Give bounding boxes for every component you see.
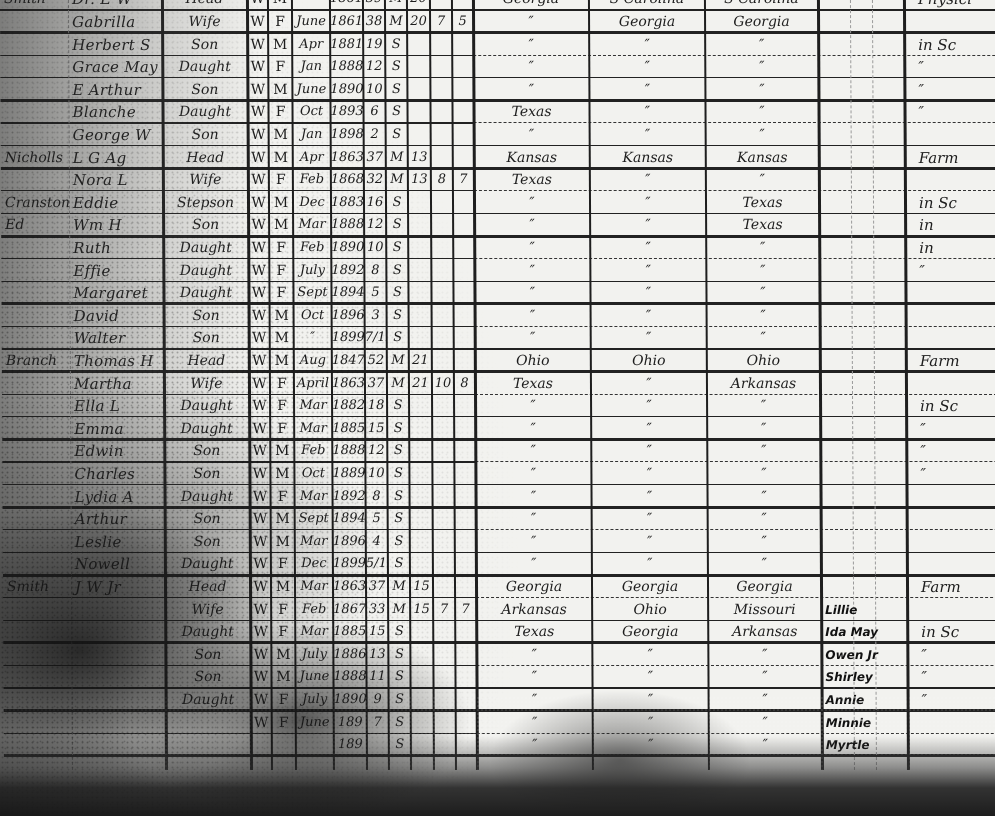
cell-month: Sept <box>293 282 331 304</box>
cell-mother-birthplace: ″ <box>706 260 819 282</box>
cell-color: W <box>250 666 271 688</box>
cell-years-married <box>410 531 433 553</box>
cell-year: 1892 <box>332 486 365 508</box>
cell-birthplace: Texas <box>476 621 592 643</box>
cell-name: Emma <box>70 418 164 440</box>
cell-relation: Son <box>162 34 247 56</box>
cell-mother-birthplace: Georgia <box>708 576 821 598</box>
cell-month: Mar <box>293 214 331 236</box>
cell-mother-birthplace: ″ <box>708 553 821 575</box>
cell-occupation: in Sc <box>904 34 995 56</box>
cell-year: 1898 <box>331 124 364 146</box>
cell-father-birthplace: Georgia <box>592 621 708 643</box>
cell-father-birthplace: ″ <box>593 712 709 734</box>
cell-month: June <box>296 712 334 734</box>
cell-children-born <box>430 56 452 78</box>
cell-annotation <box>820 418 906 440</box>
cell-birthplace: ″ <box>476 553 592 575</box>
cell-occupation <box>905 124 995 146</box>
cell-color: W <box>249 440 270 462</box>
cell-marital: S <box>385 56 407 78</box>
cell-month: Feb <box>293 169 331 191</box>
cell-color: W <box>248 282 269 304</box>
cell-sex: F <box>269 237 293 259</box>
cell-name: Ruth <box>69 237 163 259</box>
cell-relation: Son <box>165 531 250 553</box>
cell-color: W <box>250 576 271 598</box>
cell-marital: S <box>388 666 410 688</box>
cell-occupation: Physici <box>904 0 995 10</box>
cell-margin <box>0 34 68 56</box>
cell-mother-birthplace: ″ <box>707 327 820 349</box>
cell-sex: F <box>271 599 295 621</box>
cell-birthplace: Georgia <box>473 0 589 10</box>
cell-years-married <box>410 666 433 688</box>
cell-children-born <box>433 644 455 666</box>
cell-children-born: 7 <box>433 599 455 621</box>
cell-occupation: in Sc <box>906 395 995 417</box>
cell-relation: Daught <box>162 101 247 123</box>
cell-margin <box>2 486 70 508</box>
cell-children-living <box>455 531 476 553</box>
cell-mother-birthplace: ″ <box>708 666 821 688</box>
cell-occupation: in Sc <box>907 621 995 643</box>
cell-mother-birthplace: ″ <box>707 463 820 485</box>
cell-relation: Son <box>163 214 248 236</box>
cell-month: Apr <box>292 34 330 56</box>
cell-name: Wm H <box>69 214 163 236</box>
cell-relation: Son <box>164 305 249 327</box>
cell-occupation <box>905 282 995 304</box>
cell-annotation <box>820 440 906 462</box>
cell-relation: Daught <box>164 418 249 440</box>
cell-marital: S <box>387 440 409 462</box>
cell-name: Effie <box>69 260 163 282</box>
cell-name: Herbert S <box>68 34 162 56</box>
cell-year: 1890 <box>334 689 367 711</box>
cell-children-living <box>452 101 473 123</box>
cell-father-birthplace: Georgia <box>589 11 705 33</box>
cell-children-born <box>433 621 455 643</box>
cell-children-born <box>434 689 456 711</box>
cell-sex: F <box>271 553 295 575</box>
cell-marital: S <box>387 395 409 417</box>
cell-annotation <box>819 124 905 146</box>
cell-years-married: 15 <box>410 599 433 621</box>
cell-years-married <box>409 418 432 440</box>
cell-marital: M <box>387 350 409 372</box>
cell-margin <box>2 305 70 327</box>
cell-color: W <box>250 553 271 575</box>
cell-sex: M <box>269 214 293 236</box>
cell-sex: F <box>271 621 295 643</box>
cell-age: 11 <box>366 666 388 688</box>
cell-marital: S <box>387 418 409 440</box>
cell-age: 32 <box>364 169 386 191</box>
cell-year: 1896 <box>333 531 366 553</box>
cell-birthplace: ″ <box>474 282 590 304</box>
cell-month: Apr <box>293 147 331 169</box>
cell-birthplace: Texas <box>474 169 590 191</box>
cell-occupation: ″ <box>906 418 995 440</box>
cell-name: Nora L <box>69 169 163 191</box>
cell-children-born <box>430 79 452 101</box>
cell-marital: S <box>388 553 410 575</box>
cell-age: 8 <box>365 486 387 508</box>
cell-children-living <box>455 644 476 666</box>
cell-sex: F <box>269 260 293 282</box>
cell-age: 12 <box>365 440 387 462</box>
cell-years-married <box>410 553 433 575</box>
cell-years-married <box>409 305 432 327</box>
cell-years-married <box>410 621 433 643</box>
cell-color: W <box>250 644 271 666</box>
cell-month: Oct <box>294 305 332 327</box>
cell-color: W <box>247 11 268 33</box>
cell-annotation: Minnie <box>822 712 908 734</box>
cell-relation: Wife <box>164 373 249 395</box>
cell-children-born <box>432 327 454 349</box>
cell-sex: F <box>268 101 292 123</box>
cell-sex: F <box>270 373 294 395</box>
cell-occupation: ″ <box>904 101 995 123</box>
cell-month: Dec <box>293 192 331 214</box>
cell-annotation <box>819 169 905 191</box>
cell-annotation <box>818 79 904 101</box>
cell-margin <box>3 508 71 530</box>
cell-children-born: 7 <box>430 11 452 33</box>
cell-children-living <box>453 282 474 304</box>
cell-sex: M <box>270 350 294 372</box>
cell-occupation: ″ <box>906 463 995 485</box>
cell-occupation <box>905 169 995 191</box>
cell-father-birthplace: ″ <box>591 463 707 485</box>
cell-month: Mar <box>294 418 332 440</box>
cell-margin: Ed <box>1 214 69 236</box>
cell-mother-birthplace: ″ <box>707 486 820 508</box>
cell-age: 5 <box>364 282 386 304</box>
cell-children-born <box>432 418 454 440</box>
cell-age: 37 <box>364 147 386 169</box>
cell-sex: F <box>270 418 294 440</box>
cell-birthplace: ″ <box>475 305 591 327</box>
cell-relation: Wife <box>165 599 250 621</box>
cell-annotation <box>818 56 904 78</box>
cell-relation: Head <box>162 0 247 10</box>
cell-annotation <box>820 463 906 485</box>
cell-color: W <box>248 124 269 146</box>
cell-children-born <box>433 531 455 553</box>
cell-marital: S <box>388 621 410 643</box>
cell-birthplace: ″ <box>474 214 590 236</box>
cell-children-living <box>456 689 477 711</box>
cell-years-married: 13 <box>408 169 431 191</box>
cell-children-born <box>431 282 453 304</box>
cell-relation: Wife <box>162 11 247 33</box>
cell-age: 9 <box>367 689 389 711</box>
cell-years-married: 21 <box>409 373 432 395</box>
cell-name <box>72 689 166 711</box>
cell-name: Gabrilla <box>68 11 162 33</box>
cell-mother-birthplace: Ohio <box>707 350 820 372</box>
cell-years-married <box>407 79 430 101</box>
cell-years-married <box>407 34 430 56</box>
cell-occupation <box>908 712 995 734</box>
cell-month: Jan <box>293 124 331 146</box>
cell-name: Arthur <box>71 508 165 530</box>
cell-children-born <box>432 463 454 485</box>
cell-relation: Son <box>165 644 250 666</box>
cell-occupation <box>907 531 995 553</box>
cell-children-born <box>432 350 454 372</box>
cell-occupation: Farm <box>905 147 995 169</box>
cell-relation: Daught <box>166 689 251 711</box>
cell-father-birthplace: ″ <box>592 531 708 553</box>
cell-sex: M <box>269 192 293 214</box>
cell-occupation <box>906 373 995 395</box>
cell-year: 1847 <box>332 350 365 372</box>
cell-mother-birthplace: Missouri <box>708 599 821 621</box>
cell-father-birthplace: S Carolina <box>589 0 705 10</box>
cell-occupation <box>904 11 995 33</box>
cell-annotation: Ida May <box>821 621 907 643</box>
cell-age: 7 <box>367 712 389 734</box>
cell-age: 33 <box>366 599 388 621</box>
cell-occupation: ″ <box>907 666 995 688</box>
cell-years-married <box>408 192 431 214</box>
cell-occupation <box>906 305 995 327</box>
cell-occupation: ″ <box>905 260 995 282</box>
cell-year: 1888 <box>332 440 365 462</box>
cell-margin <box>3 531 71 553</box>
cell-age: 5 <box>366 508 388 530</box>
cell-margin: Branch <box>2 350 70 372</box>
cell-marital: S <box>385 79 407 101</box>
cell-margin <box>3 621 71 643</box>
cell-father-birthplace: ″ <box>589 101 705 123</box>
cell-birthplace: ″ <box>477 689 593 711</box>
cell-mother-birthplace: ″ <box>707 418 820 440</box>
cell-mother-birthplace: ″ <box>707 305 820 327</box>
cell-age: 2 <box>364 124 386 146</box>
cell-children-born <box>432 395 454 417</box>
cell-father-birthplace: ″ <box>591 418 707 440</box>
cell-children-born <box>431 192 453 214</box>
cell-children-living <box>454 327 475 349</box>
cell-marital: S <box>388 531 410 553</box>
cell-years-married: 13 <box>408 147 431 169</box>
cell-children-living <box>452 56 473 78</box>
cell-mother-birthplace: ″ <box>708 531 821 553</box>
cell-margin <box>3 553 71 575</box>
cell-age: 37 <box>365 373 387 395</box>
cell-name: Edwin <box>70 440 164 462</box>
cell-year: 1861 <box>330 0 363 10</box>
cell-name: Dr. E W <box>68 0 162 10</box>
cell-year: 1868 <box>331 169 364 191</box>
cell-month: Feb <box>293 237 331 259</box>
cell-age: 6 <box>363 101 385 123</box>
cell-relation: Son <box>165 508 250 530</box>
cell-name: E Arthur <box>68 79 162 101</box>
cell-annotation <box>819 192 905 214</box>
cell-relation: Stepson <box>163 192 248 214</box>
cell-month: July <box>296 689 334 711</box>
cell-age: 10 <box>363 79 385 101</box>
cell-birthplace: Ohio <box>475 350 591 372</box>
cell-age: 52 <box>365 350 387 372</box>
cell-month: Feb <box>294 440 332 462</box>
cell-children-living <box>453 260 474 282</box>
cell-children-living <box>454 463 475 485</box>
cell-years-married <box>410 644 433 666</box>
cell-year: 1889 <box>332 463 365 485</box>
cell-children-living <box>453 147 474 169</box>
census-page: SmithDr. E WHeadWM186139M20GeorgiaS Caro… <box>0 0 995 816</box>
cell-children-living <box>455 666 476 688</box>
cell-birthplace: ″ <box>475 327 591 349</box>
cell-year: 1888 <box>333 666 366 688</box>
cell-month: Oct <box>292 101 330 123</box>
cell-father-birthplace: ″ <box>592 508 708 530</box>
cell-children-living <box>453 124 474 146</box>
cell-birthplace: Kansas <box>474 147 590 169</box>
cell-age <box>367 734 389 756</box>
cell-father-birthplace: Ohio <box>592 599 708 621</box>
cell-age: 37 <box>366 576 388 598</box>
cell-marital: S <box>386 237 408 259</box>
cell-relation <box>166 734 251 756</box>
cell-year: 1883 <box>331 192 364 214</box>
cell-marital: M <box>385 11 407 33</box>
cell-mother-birthplace: ″ <box>708 508 821 530</box>
cell-annotation <box>819 237 905 259</box>
cell-years-married <box>408 237 431 259</box>
cell-father-birthplace: Georgia <box>592 576 708 598</box>
cell-annotation <box>818 11 904 33</box>
cell-year: 189 <box>334 712 367 734</box>
cell-years-married <box>409 327 432 349</box>
cell-age: 39 <box>363 0 385 10</box>
cell-birthplace: ″ <box>473 79 589 101</box>
cell-month: Mar <box>295 531 333 553</box>
cell-mother-birthplace: ″ <box>706 124 819 146</box>
cell-children-born <box>433 576 455 598</box>
cell-mother-birthplace: Texas <box>706 214 819 236</box>
cell-marital: S <box>388 508 410 530</box>
cell-birthplace: Texas <box>475 373 591 395</box>
cell-year: 1863 <box>331 147 364 169</box>
cell-color: W <box>249 327 270 349</box>
cell-marital: S <box>388 644 410 666</box>
cell-margin <box>2 395 70 417</box>
cell-father-birthplace: ″ <box>589 79 705 101</box>
cell-margin <box>1 260 69 282</box>
cell-occupation <box>906 327 995 349</box>
cell-children-born <box>431 147 453 169</box>
cell-name: Blanche <box>68 101 162 123</box>
cell-relation: Daught <box>164 395 249 417</box>
cell-color: W <box>249 305 270 327</box>
cell-years-married <box>409 486 432 508</box>
cell-color: W <box>250 508 271 530</box>
cell-relation: Daught <box>165 621 250 643</box>
cell-years-married <box>408 260 431 282</box>
cell-father-birthplace: Kansas <box>590 147 706 169</box>
cell-children-living <box>454 350 475 372</box>
cell-children-living <box>452 34 473 56</box>
cell-year: 1885 <box>333 621 366 643</box>
cell-color: W <box>251 689 272 711</box>
cell-marital: S <box>386 124 408 146</box>
cell-month: Sept <box>295 508 333 530</box>
cell-month: July <box>295 644 333 666</box>
cell-year: 1863 <box>333 576 366 598</box>
cell-birthplace: ″ <box>473 11 589 33</box>
cell-sex: F <box>269 282 293 304</box>
cell-annotation <box>821 576 907 598</box>
cell-year: 1894 <box>333 508 366 530</box>
cell-children-born <box>431 214 453 236</box>
cell-annotation <box>821 553 907 575</box>
cell-name: Walter <box>70 327 164 349</box>
cell-birthplace: ″ <box>477 712 593 734</box>
cell-father-birthplace: ″ <box>592 666 708 688</box>
cell-father-birthplace: ″ <box>590 124 706 146</box>
cell-father-birthplace: ″ <box>591 373 707 395</box>
cell-sex: M <box>270 440 294 462</box>
cell-years-married <box>411 712 434 734</box>
cell-relation: Son <box>162 79 247 101</box>
cell-father-birthplace: ″ <box>591 305 707 327</box>
cell-relation: Son <box>164 327 249 349</box>
cell-month: Dec <box>295 553 333 575</box>
cell-age: 5/12 <box>366 553 388 575</box>
cell-color: W <box>247 34 268 56</box>
cell-color: W <box>251 712 272 734</box>
cell-children-living: 5 <box>452 11 473 33</box>
cell-marital: S <box>389 689 411 711</box>
cell-children-living <box>453 214 474 236</box>
cell-relation: Head <box>165 576 250 598</box>
cell-name <box>71 599 165 621</box>
cell-father-birthplace: ″ <box>593 689 709 711</box>
cell-father-birthplace: ″ <box>590 214 706 236</box>
cell-name: J W Jr <box>71 576 165 598</box>
cell-birthplace: ″ <box>474 237 590 259</box>
cell-mother-birthplace: ″ <box>709 712 822 734</box>
cell-children-living: 7 <box>455 599 476 621</box>
cell-marital: S <box>389 734 411 756</box>
cell-month: June <box>292 79 330 101</box>
cell-name: L G Ag <box>69 147 163 169</box>
cell-month: Oct <box>294 463 332 485</box>
cell-marital: S <box>387 486 409 508</box>
cell-occupation: ″ <box>907 644 995 666</box>
cell-children-living <box>453 192 474 214</box>
cell-year: 1867 <box>333 599 366 621</box>
cell-birthplace: Georgia <box>476 576 592 598</box>
cell-father-birthplace: ″ <box>590 282 706 304</box>
cell-occupation: in Sc <box>905 192 995 214</box>
cell-annotation <box>819 214 905 236</box>
cell-relation <box>166 712 251 734</box>
cell-month: Mar <box>294 395 332 417</box>
cell-margin <box>4 712 72 734</box>
cell-marital: S <box>387 305 409 327</box>
cell-father-birthplace: ″ <box>592 644 708 666</box>
cell-children-living <box>452 0 473 10</box>
